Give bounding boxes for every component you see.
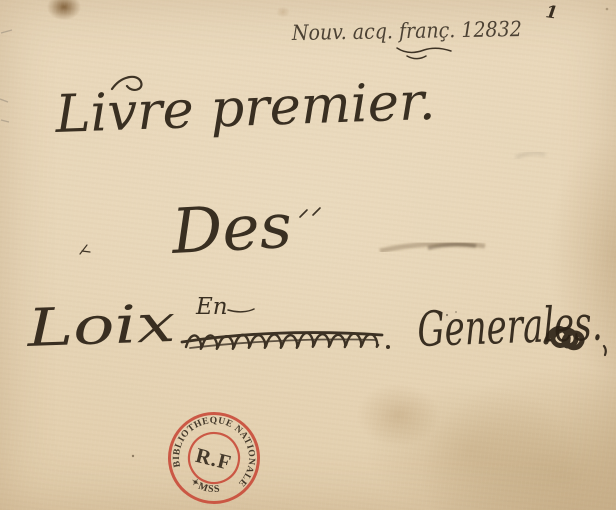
title-block: Livre premier. Des Loix En Generales. xyxy=(25,72,606,359)
pencil-marks xyxy=(0,30,12,122)
shelfmark: Nouv. acq. franç. 12832 xyxy=(291,17,522,45)
library-stamp: BIBLIOTHEQUE NATIONALE ✦MSS✦ R.F xyxy=(160,404,268,510)
ditto-marks xyxy=(300,208,320,217)
manuscript-page: 1 Nouv. acq. franç. 12832 Livre premier.… xyxy=(0,0,616,510)
ink-speck xyxy=(455,311,457,313)
title-line3-word1: Loix xyxy=(25,294,176,359)
title-line2: Des xyxy=(169,189,294,268)
paper-speck xyxy=(606,8,609,11)
stamp-center-text: R.F xyxy=(193,443,234,475)
marginal-mark xyxy=(80,245,90,254)
ink-layer: 1 Nouv. acq. franç. 12832 Livre premier.… xyxy=(0,0,616,510)
grey-smudge xyxy=(516,153,545,158)
struck-out-word-scribble xyxy=(182,333,390,349)
paper-speck xyxy=(132,455,134,457)
title-line1: Livre premier. xyxy=(53,72,436,145)
ink-speck xyxy=(446,314,448,316)
insertion-en: En xyxy=(195,294,228,320)
insertion-en-tail xyxy=(228,309,254,312)
page-number: 1 xyxy=(544,2,559,23)
erased-smudge xyxy=(380,244,485,251)
header-annotations: 1 Nouv. acq. franç. 12832 xyxy=(291,2,559,58)
shelfmark-underline xyxy=(397,48,451,59)
